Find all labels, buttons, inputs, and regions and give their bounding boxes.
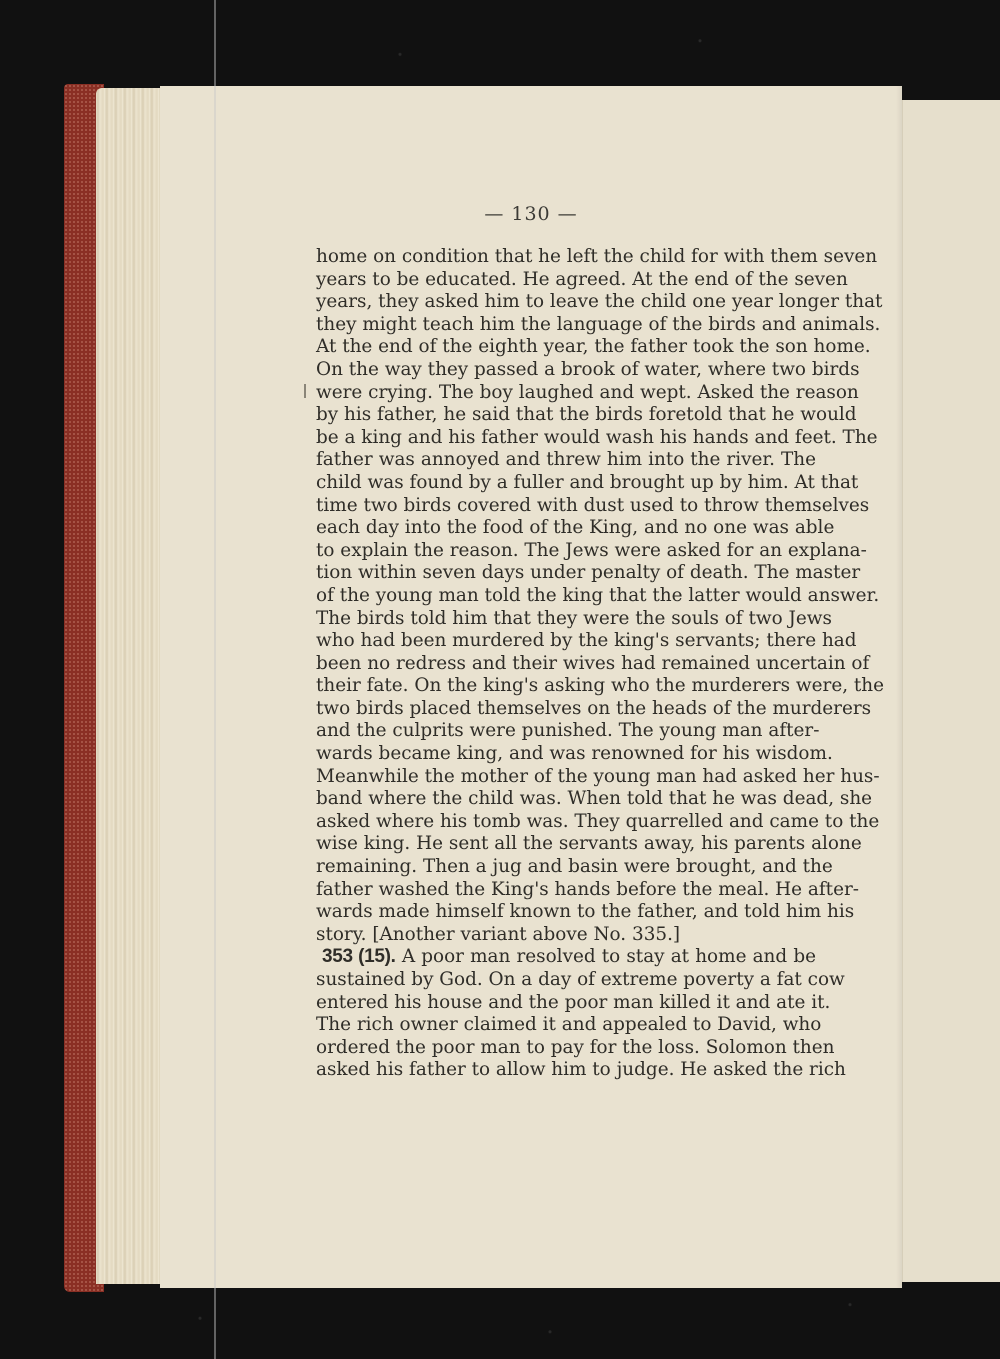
text-line: ordered the poor man to pay for the loss… — [316, 1037, 816, 1060]
text-line: each day into the food of the King, and … — [316, 517, 816, 540]
text-line: asked his father to allow him to judge. … — [316, 1059, 816, 1082]
text-line: they might teach him the language of the… — [316, 314, 816, 337]
text-line: wise king. He sent all the servants away… — [316, 833, 816, 856]
text-line: On the way they passed a brook of water,… — [316, 359, 816, 382]
entry-number: 353 (15). — [322, 946, 396, 967]
page-number: — 130 — — [160, 203, 902, 225]
text-line: two birds placed themselves on the heads… — [316, 698, 816, 721]
text-line: home on condition that he left the child… — [316, 246, 816, 269]
text-line: entered his house and the poor man kille… — [316, 992, 816, 1015]
text-line: At the end of the eighth year, the fathe… — [316, 336, 816, 359]
text-line: and the culprits were punished. The youn… — [316, 720, 816, 743]
entry-first-line: 353 (15). A poor man resolved to stay at… — [316, 946, 816, 969]
text-line: been no redress and their wives had rema… — [316, 653, 816, 676]
text-line: father washed the King's hands before th… — [316, 879, 816, 902]
text-line: father was annoyed and threw him into th… — [316, 449, 816, 472]
text-line: who had been murdered by the king's serv… — [316, 630, 816, 653]
text-line: were crying. The boy laughed and wept. A… — [316, 382, 816, 405]
text-line: wards became king, and was renowned for … — [316, 743, 816, 766]
text-line: The rich owner claimed it and appealed t… — [316, 1014, 816, 1037]
facing-page-edge — [902, 100, 1000, 1282]
text-line: by his father, he said that the birds fo… — [316, 404, 816, 427]
body-text: home on condition that he left the child… — [316, 246, 816, 1082]
margin-pencil-mark — [304, 384, 306, 398]
text-line: tion within seven days under penalty of … — [316, 562, 816, 585]
text-line: time two birds covered with dust used to… — [316, 495, 816, 518]
text-line: band where the child was. When told that… — [316, 788, 816, 811]
entry-first-line-text: A poor man resolved to stay at home and … — [402, 946, 816, 967]
text-line: asked where his tomb was. They quarrelle… — [316, 811, 816, 834]
text-line: child was found by a fuller and brought … — [316, 472, 816, 495]
page-edges-stack — [96, 88, 164, 1284]
text-line: years to be educated. He agreed. At the … — [316, 269, 816, 292]
text-line: remaining. Then a jug and basin were bro… — [316, 856, 816, 879]
text-line: Meanwhile the mother of the young man ha… — [316, 766, 816, 789]
text-line: of the young man told the king that the … — [316, 585, 816, 608]
text-line: The birds told him that they were the so… — [316, 608, 816, 631]
text-line: be a king and his father would wash his … — [316, 427, 816, 450]
text-line: years, they asked him to leave the child… — [316, 291, 816, 314]
text-line: sustained by God. On a day of extreme po… — [316, 969, 816, 992]
text-line: story. [Another variant above No. 335.] — [316, 924, 816, 947]
text-line: to explain the reason. The Jews were ask… — [316, 540, 816, 563]
text-line: wards made himself known to the father, … — [316, 901, 816, 924]
text-line: their fate. On the king's asking who the… — [316, 675, 816, 698]
